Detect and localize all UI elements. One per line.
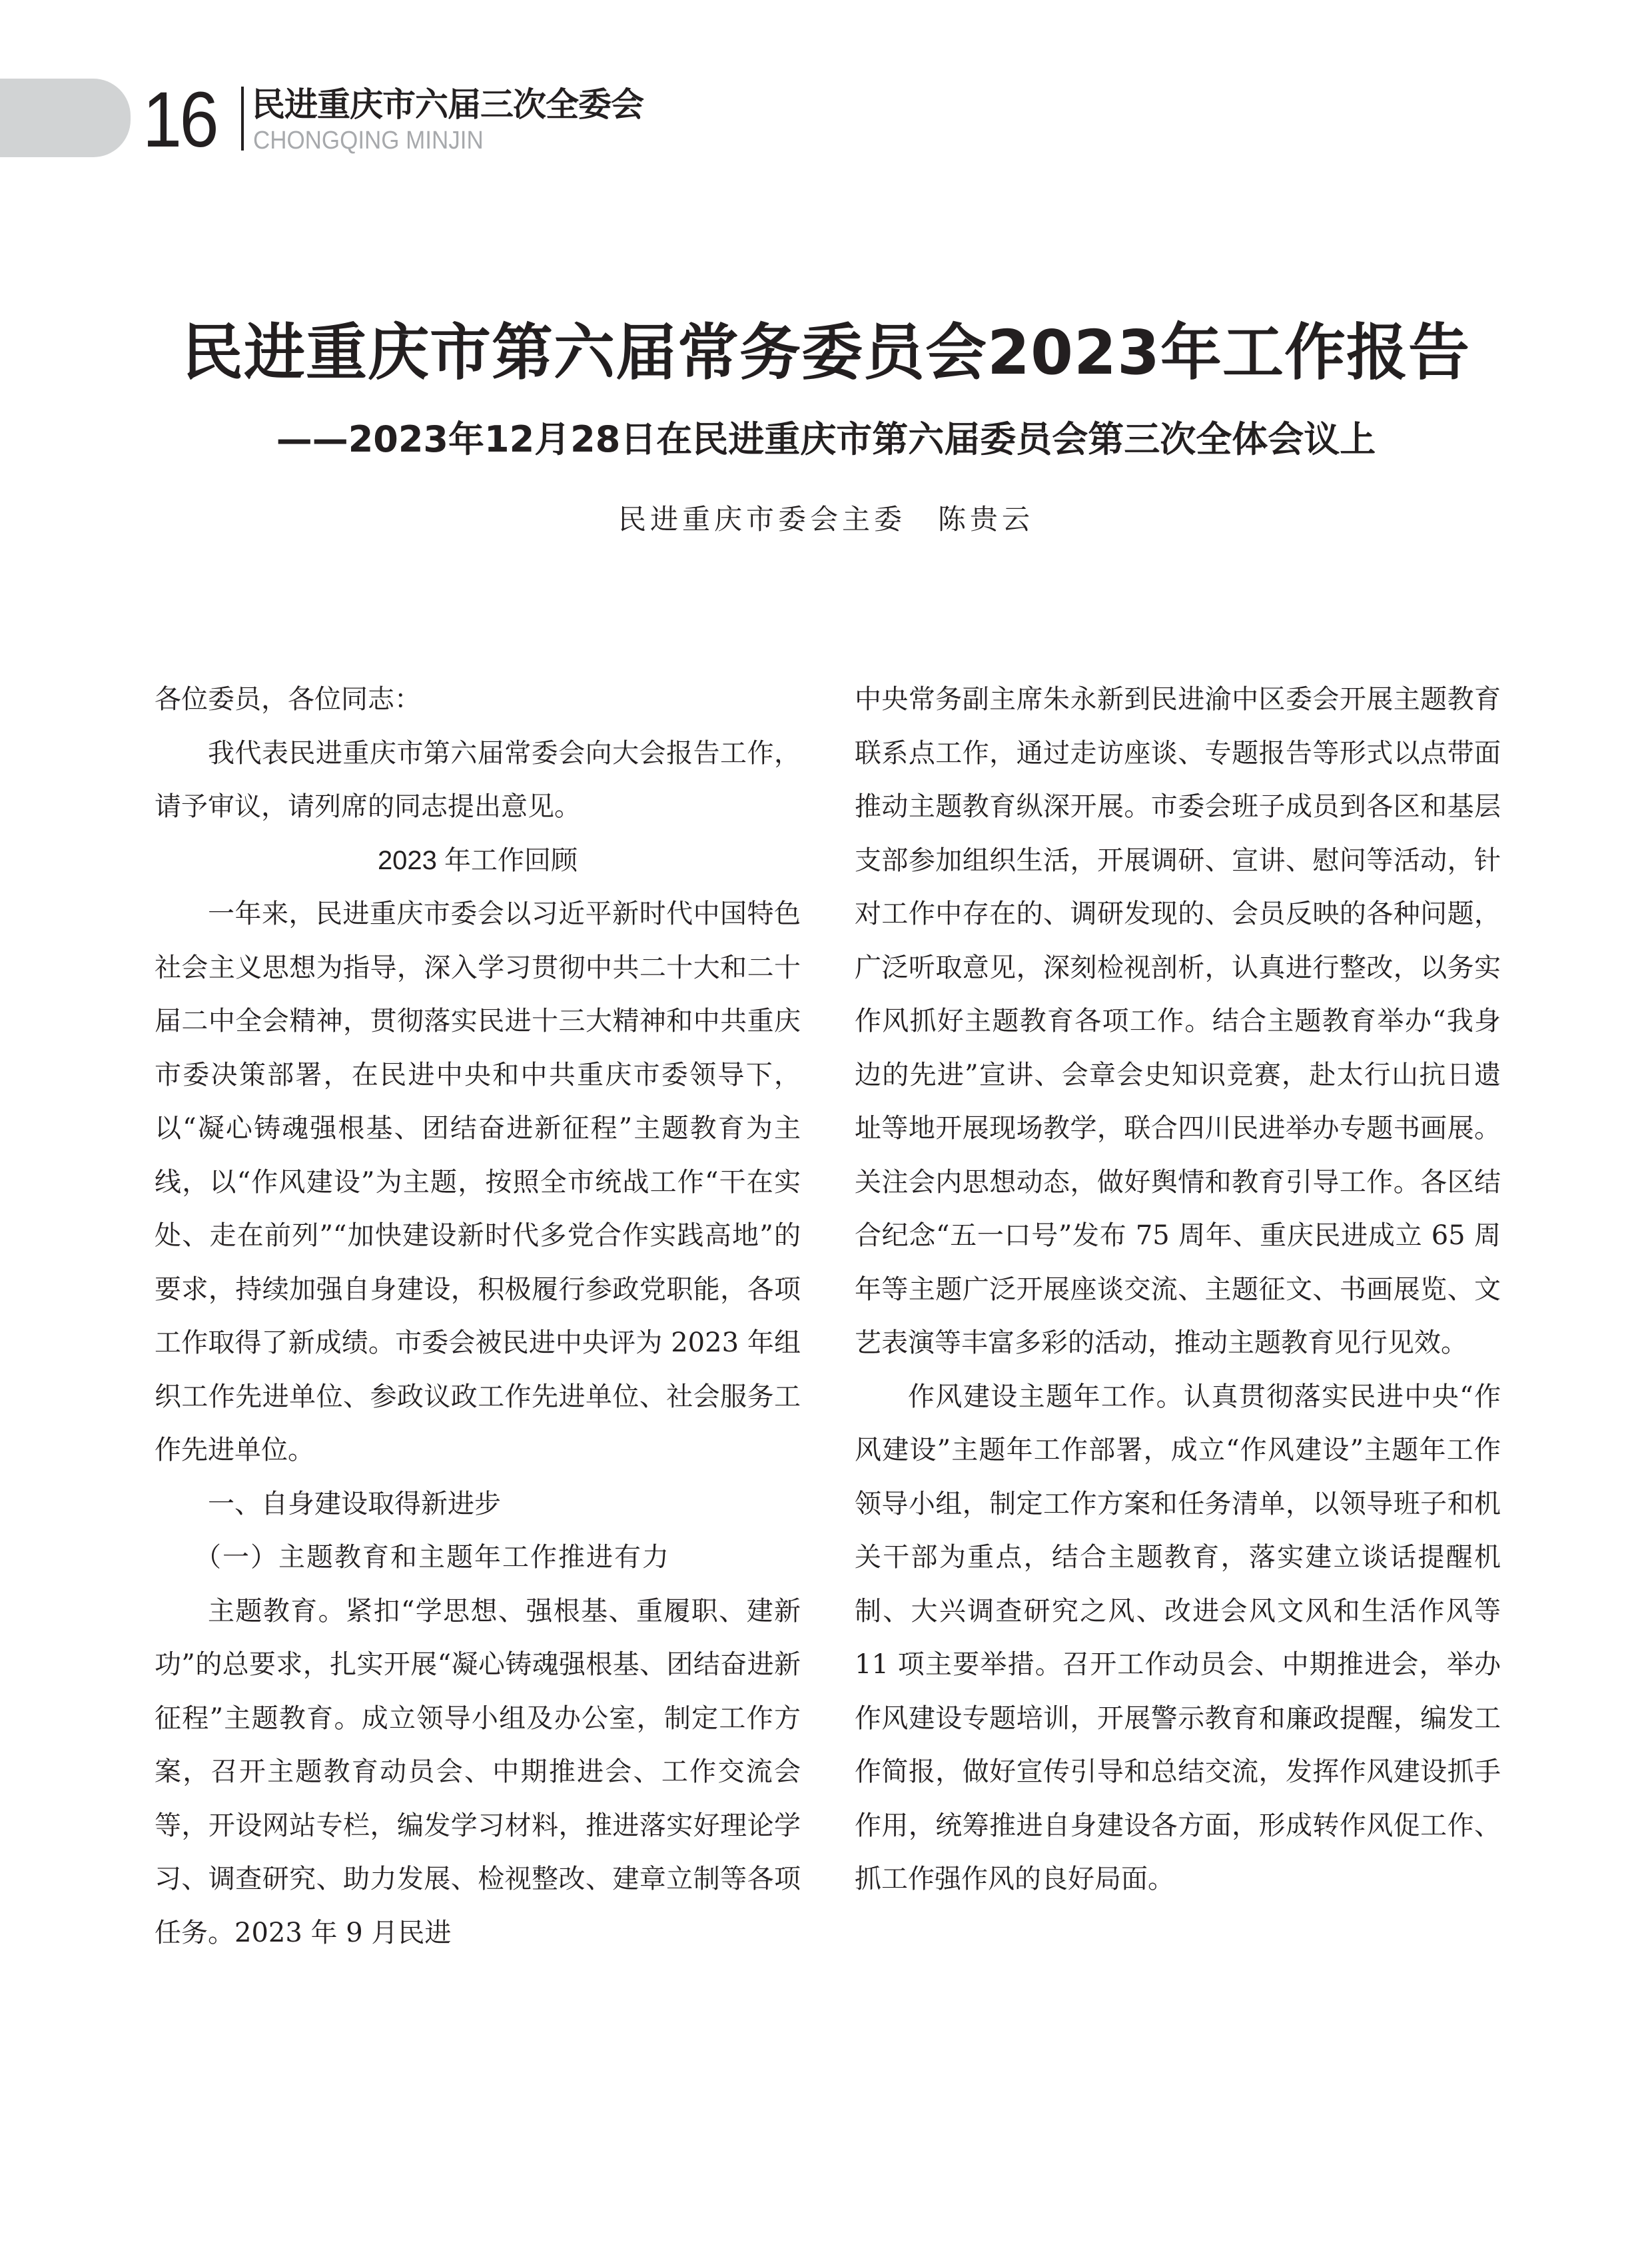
greeting: 各位委员，各位同志：	[155, 673, 801, 727]
page-tab-decoration	[0, 79, 131, 157]
article-byline: 民进重庆市委会主委 陈贵云	[0, 496, 1652, 543]
header-divider	[241, 87, 244, 151]
running-header-title: 民进重庆市六届三次全委会	[252, 85, 643, 124]
running-header-subtitle: CHONGQING MINJIN	[253, 127, 484, 155]
theme-education-continued: 中央常务副主席朱永新到民进渝中区委会开展主题教育联系点工作，通过走访座谈、专题报…	[855, 673, 1501, 1370]
intro-paragraph: 我代表民进重庆市第六届常委会向大会报告工作，请予审议，请列席的同志提出意见。	[155, 727, 801, 834]
page-number: 16	[143, 79, 216, 161]
heading-level-1: 一、自身建设取得新进步	[155, 1477, 801, 1531]
right-column: 中央常务副主席朱永新到民进渝中区委会开展主题教育联系点工作，通过走访座谈、专题报…	[855, 673, 1501, 1906]
overview-paragraph: 一年来，民进重庆市委会以习近平新时代中国特色社会主义思想为指导，深入学习贯彻中共…	[155, 887, 801, 1477]
section-title: 2023 年工作回顾	[155, 834, 801, 888]
heading-level-2: （一）主题教育和主题年工作推进有力	[155, 1531, 801, 1585]
theme-education-paragraph: 主题教育。紧扣“学思想、强根基、重履职、建新功”的总要求，扎实开展“凝心铸魂强根…	[155, 1585, 801, 1960]
left-column: 各位委员，各位同志： 我代表民进重庆市第六届常委会向大会报告工作，请予审议，请列…	[155, 673, 801, 1960]
article-subtitle: ——2023年12月28日在民进重庆市第六届委员会第三次全体会议上	[0, 413, 1652, 466]
style-year-paragraph: 作风建设主题年工作。认真贯彻落实民进中央“作风建设”主题年工作部署，成立“作风建…	[855, 1370, 1501, 1906]
article-title: 民进重庆市第六届常务委员会2023年工作报告	[0, 313, 1652, 393]
